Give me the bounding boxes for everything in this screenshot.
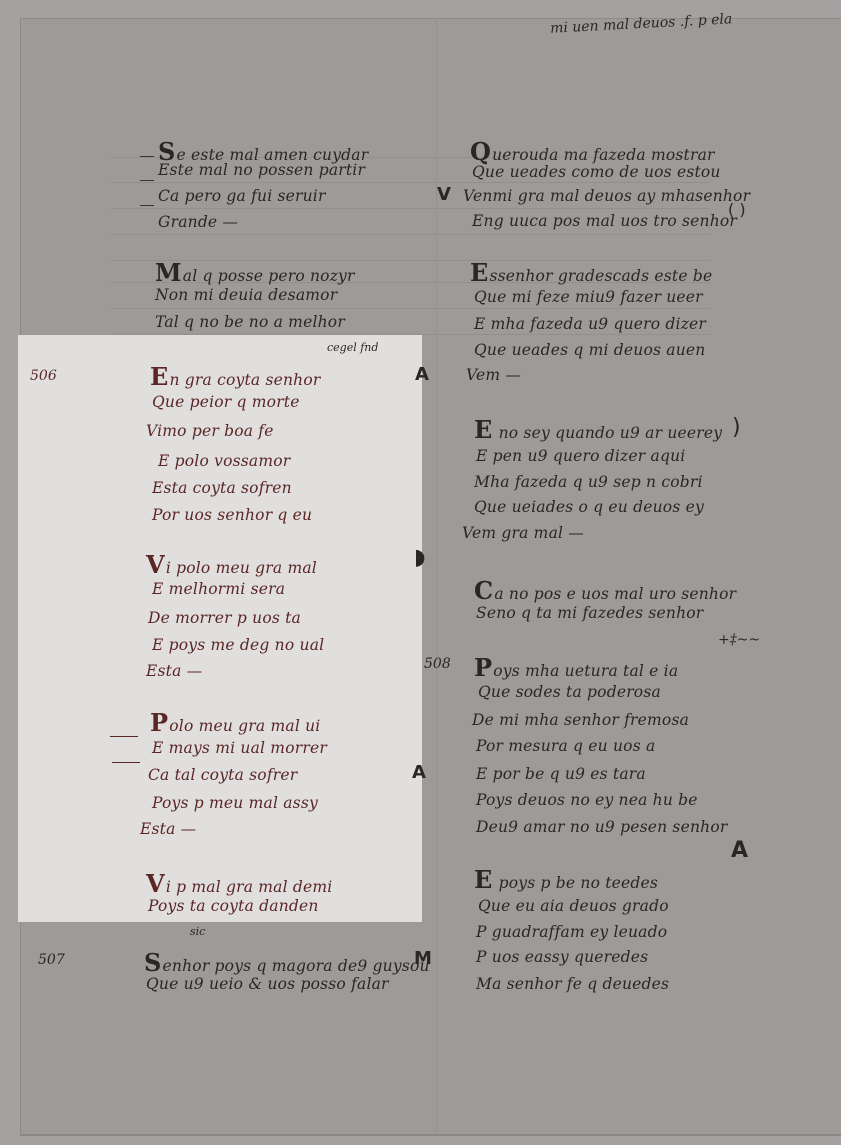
decorated-initial: V	[146, 550, 165, 579]
verse-line: Polo meu gra mal ui	[150, 708, 320, 737]
verse-line: Grande —	[158, 213, 238, 231]
verse-line: E poys me deg no ual	[152, 636, 324, 654]
verse-line: Que peior q morte	[152, 393, 300, 411]
line-marker	[140, 205, 154, 206]
verse-line: En gra coyta senhor	[150, 362, 321, 391]
verse-line: Que sodes ta poderosa	[478, 683, 661, 701]
decorated-initial: V	[146, 869, 165, 898]
marginal-note: cegel fnd	[327, 341, 378, 354]
verse-line: Deu9 amar no u9 pesen senhor	[476, 818, 727, 836]
bracket-mark: )	[732, 415, 741, 440]
decorated-initial: Q	[470, 137, 491, 166]
verse-line: Por mesura q eu uos a	[476, 737, 655, 755]
verse-line: Vem gra mal —	[462, 524, 584, 542]
letter-mark: A	[412, 762, 426, 783]
verse-line: Poys ta coyta danden	[148, 897, 319, 915]
verse-line: Vimo per boa fe	[146, 422, 274, 440]
verse-line: Vi p mal gra mal demi	[146, 869, 332, 898]
verse-line: E no sey quando u9 ar ueerey	[474, 415, 722, 444]
verse-line: E mha fazeda u9 quero dizer	[474, 315, 706, 333]
verse-line: De morrer p uos ta	[148, 609, 301, 627]
verse-line: Eng uuca pos mal uos tro senhor	[472, 212, 737, 230]
line-marker	[110, 736, 138, 737]
verse-line: E poys p be no teedes	[474, 865, 658, 894]
decorated-initial: E	[150, 362, 169, 391]
verse-line: Seno q ta mi fazedes senhor	[476, 604, 703, 622]
verse-line: Vem —	[466, 366, 521, 384]
verse-line: Por uos senhor q eu	[152, 506, 312, 524]
verse-line: Esta —	[140, 820, 196, 838]
margin-number-508: 508	[424, 656, 451, 672]
verse-line: Este mal no possen partir	[158, 161, 365, 179]
margin-number-506: 506	[30, 368, 57, 384]
verse-line: Esta —	[146, 662, 202, 680]
verse-line: Que u9 ueio & uos posso falar	[146, 975, 389, 993]
verse-line: Querouda ma fazeda mostrar	[470, 137, 715, 166]
margin-number-507: 507	[38, 952, 65, 968]
verse-line: Que eu aia deuos grado	[478, 897, 669, 915]
verse-line: Poys p meu mal assy	[152, 794, 318, 812]
verse-line: E pen u9 quero dizer aqui	[476, 447, 685, 465]
verse-line: Que ueades como de uos estou	[472, 163, 721, 181]
line-marker	[112, 762, 140, 763]
verse-line: E mays mi ual morrer	[152, 739, 327, 757]
bracket-mark: ◗	[414, 545, 426, 570]
line-marker	[140, 156, 154, 157]
verse-line: P uos eassy queredes	[476, 948, 648, 966]
verse-line: Poys deuos no ey nea hu be	[476, 791, 698, 809]
verse-line: Ma senhor fe q deuedes	[476, 975, 669, 993]
verse-line: Que mi feze miu9 fazer ueer	[474, 288, 703, 306]
verse-line: Ca no pos e uos mal uro senhor	[474, 576, 736, 605]
verse-line: E melhormi sera	[152, 580, 285, 598]
verse-line: E polo vossamor	[158, 452, 290, 470]
verse-line: Mha fazeda q u9 sep n cobri	[474, 473, 703, 491]
verse-line: Que ueiades o q eu deuos ey	[474, 498, 704, 516]
ruling-line	[110, 208, 710, 209]
verse-line: Vi polo meu gra mal	[146, 550, 317, 579]
decorated-initial: S	[144, 948, 162, 977]
line-marker	[140, 180, 154, 181]
cross-mark: +‡~~	[718, 632, 760, 648]
verse-line: De mi mha senhor fremosa	[472, 711, 689, 729]
ruling-line	[110, 308, 710, 309]
decorated-initial: M	[155, 258, 182, 287]
letter-mark: V	[437, 184, 451, 205]
verse-line: Ca tal coyta sofrer	[148, 766, 297, 784]
verse-line: Mal q posse pero nozyr	[155, 258, 355, 287]
verse-line: Esta coyta sofren	[152, 479, 292, 497]
verse-line: Poys mha uetura tal e ia	[474, 653, 678, 682]
ruling-line	[110, 234, 710, 235]
verse-line: P guadraffam ey leuado	[476, 923, 667, 941]
verse-line: Ca pero ga fui seruir	[158, 187, 326, 205]
verse-line: Venmi gra mal deuos ay mhasenhor	[463, 187, 750, 205]
verse-line: Tal q no be no a melhor	[155, 313, 345, 331]
decorated-initial: E	[474, 415, 493, 444]
verse-line: Que ueades q mi deuos auen	[474, 341, 705, 359]
sic-note: sic	[190, 925, 205, 938]
decorated-initial: C	[474, 576, 493, 605]
verse-line: Senhor poys q magora de9 guysou	[144, 948, 430, 977]
decorated-initial: P	[150, 708, 168, 737]
verse-line: Essenhor gradescads este be	[470, 258, 712, 287]
verse-line: E por be q u9 es tara	[476, 765, 646, 783]
decorated-initial: P	[474, 653, 492, 682]
letter-mark: A	[415, 364, 429, 385]
decorated-initial: E	[470, 258, 489, 287]
verse-line: Non mi deuia desamor	[155, 286, 337, 304]
ruling-line	[110, 182, 710, 183]
letter-mark: A	[731, 838, 748, 863]
decorated-initial: E	[474, 865, 493, 894]
